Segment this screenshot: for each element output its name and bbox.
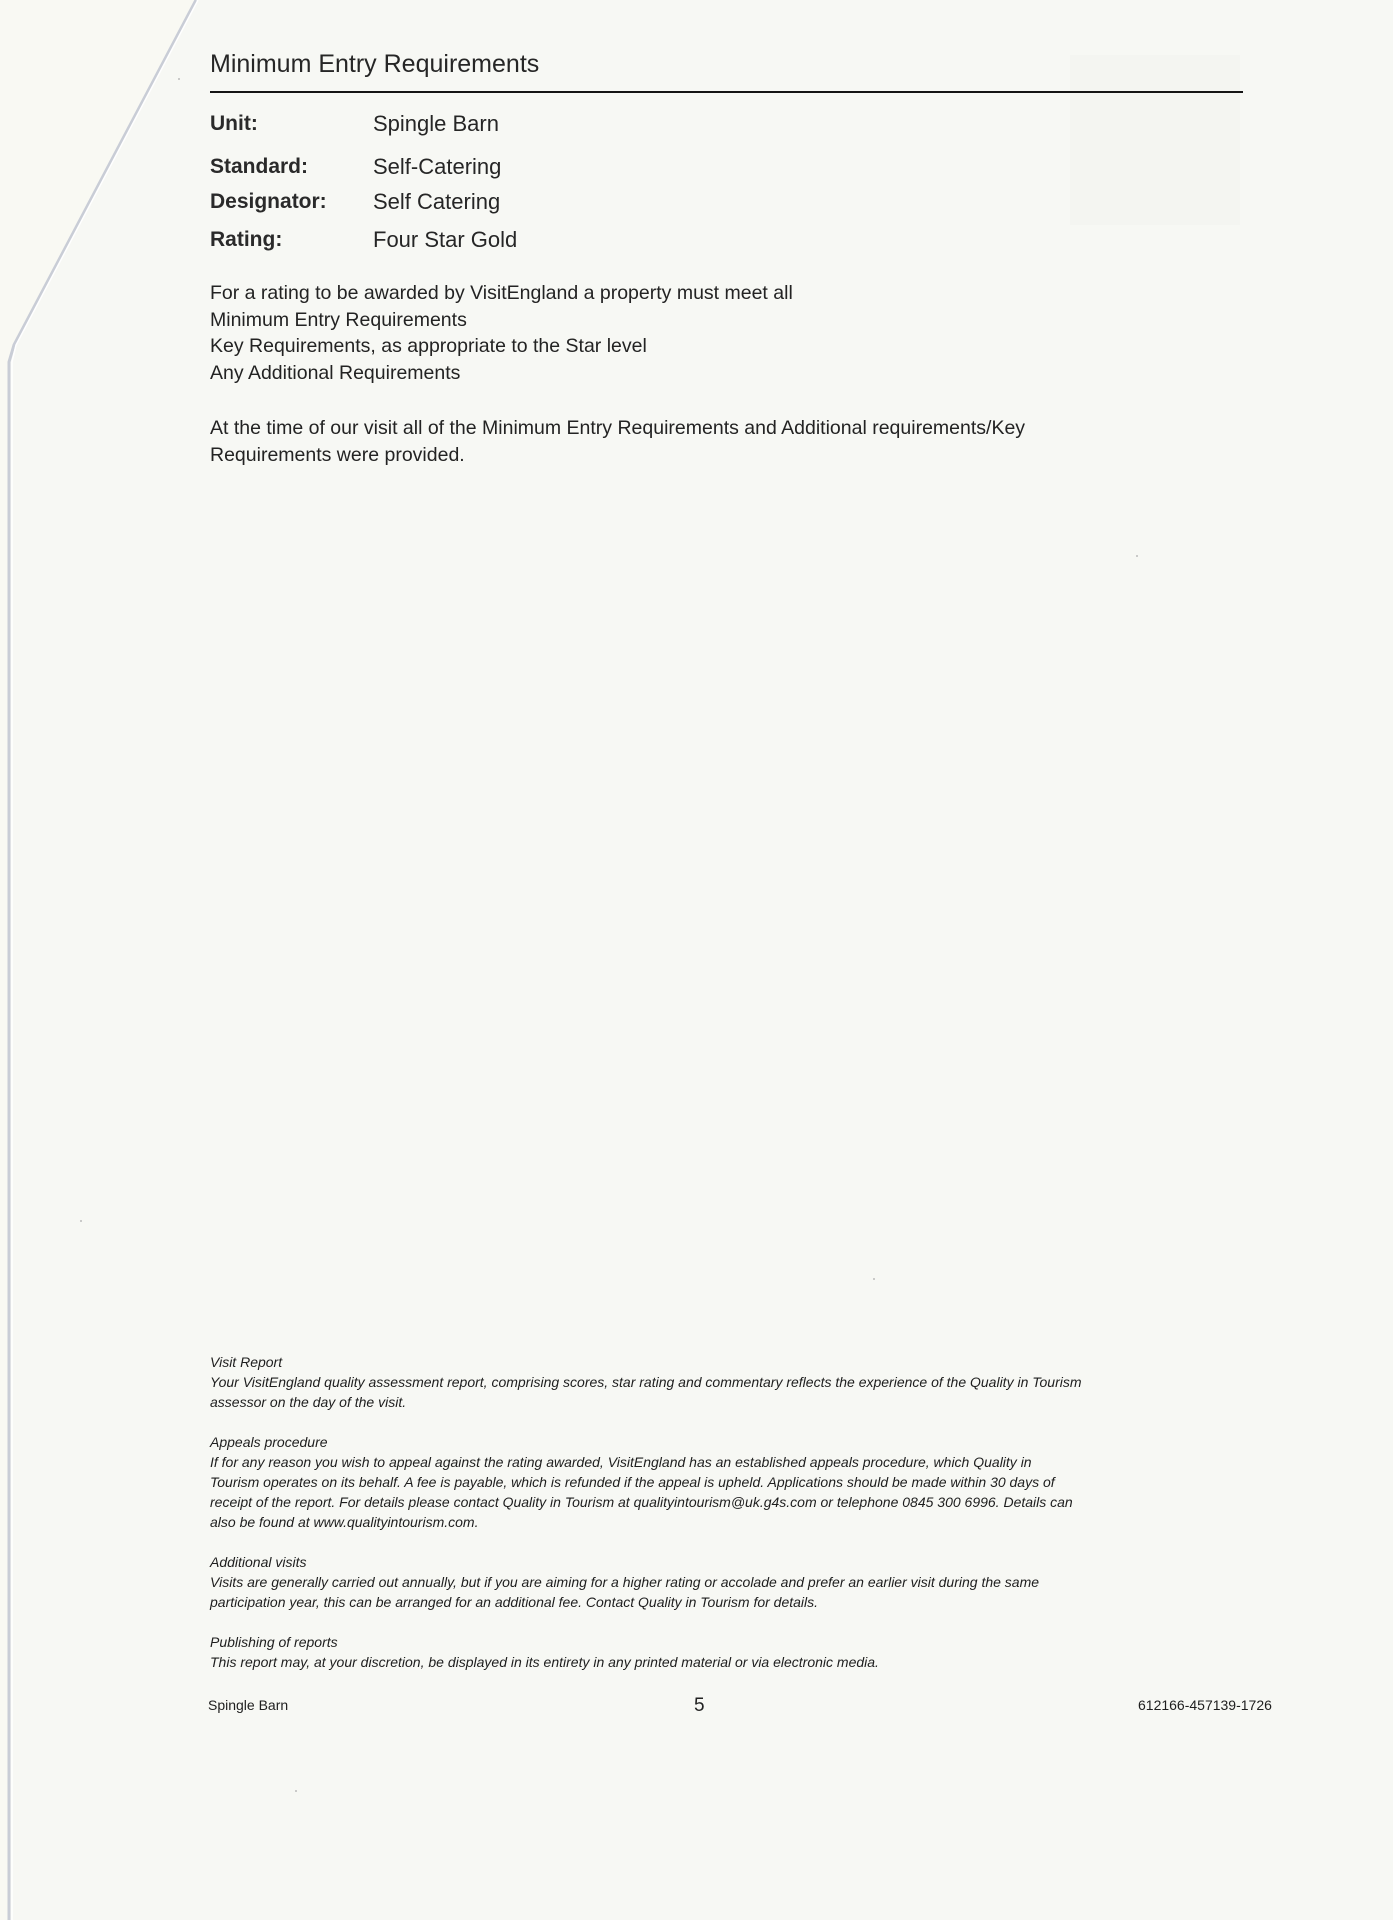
field-value: Self-Catering	[373, 154, 501, 180]
note-line: receipt of the report. For details pleas…	[210, 1492, 1082, 1512]
field-label: Unit:	[210, 112, 373, 136]
field-rating: Rating: Four Star Gold	[210, 225, 517, 255]
note-line: If for any reason you wish to appeal aga…	[210, 1452, 1082, 1472]
intro-line: Minimum Entry Requirements	[210, 307, 793, 334]
field-label: Designator:	[210, 190, 373, 214]
field-value: Spingle Barn	[373, 111, 499, 137]
field-label: Standard:	[210, 155, 373, 179]
visit-line: Requirements were provided.	[210, 442, 1025, 469]
scan-speck	[295, 1790, 297, 1792]
note-line: Your VisitEngland quality assessment rep…	[210, 1372, 1082, 1392]
intro-paragraph: For a rating to be awarded by VisitEngla…	[210, 280, 793, 387]
scan-speck	[80, 1220, 82, 1222]
intro-line: Any Additional Requirements	[210, 360, 793, 387]
field-label: Rating:	[210, 228, 373, 252]
note-title: Appeals procedure	[210, 1432, 1082, 1452]
page-title: Minimum Entry Requirements	[210, 50, 539, 79]
note-line: assessor on the day of the visit.	[210, 1392, 1082, 1412]
field-value: Four Star Gold	[373, 227, 517, 253]
report-notes: Visit Report Your VisitEngland quality a…	[210, 1352, 1082, 1692]
note-publishing-of-reports: Publishing of reports This report may, a…	[210, 1632, 1082, 1672]
scan-speck	[873, 1278, 875, 1280]
note-additional-visits: Additional visits Visits are generally c…	[210, 1552, 1082, 1612]
note-line: participation year, this can be arranged…	[210, 1592, 1082, 1612]
intro-line: Key Requirements, as appropriate to the …	[210, 333, 793, 360]
field-designator: Designator: Self Catering	[210, 187, 500, 217]
intro-line: For a rating to be awarded by VisitEngla…	[210, 280, 793, 307]
visit-line: At the time of our visit all of the Mini…	[210, 415, 1025, 442]
note-visit-report: Visit Report Your VisitEngland quality a…	[210, 1352, 1082, 1412]
note-title: Publishing of reports	[210, 1632, 1082, 1652]
note-line: Visits are generally carried out annuall…	[210, 1572, 1082, 1592]
note-title: Visit Report	[210, 1352, 1082, 1372]
note-line: Tourism operates on its behalf. A fee is…	[210, 1472, 1082, 1492]
folded-page-corner	[0, 0, 200, 1920]
field-standard: Standard: Self-Catering	[210, 152, 501, 182]
note-appeals-procedure: Appeals procedure If for any reason you …	[210, 1432, 1082, 1532]
visit-paragraph: At the time of our visit all of the Mini…	[210, 415, 1025, 468]
show-through-logo	[1070, 55, 1240, 225]
scan-speck	[1136, 555, 1138, 557]
note-title: Additional visits	[210, 1552, 1082, 1572]
title-rule	[210, 91, 1243, 93]
field-value: Self Catering	[373, 189, 500, 215]
footer-page-number: 5	[694, 1695, 705, 1717]
footer-reference: 612166-457139-1726	[1138, 1697, 1272, 1713]
footer-property-name: Spingle Barn	[208, 1697, 288, 1713]
scan-speck	[178, 78, 180, 80]
field-unit: Unit: Spingle Barn	[210, 109, 499, 139]
note-line: also be found at www.qualityintourism.co…	[210, 1512, 1082, 1532]
note-line: This report may, at your discretion, be …	[210, 1652, 1082, 1672]
